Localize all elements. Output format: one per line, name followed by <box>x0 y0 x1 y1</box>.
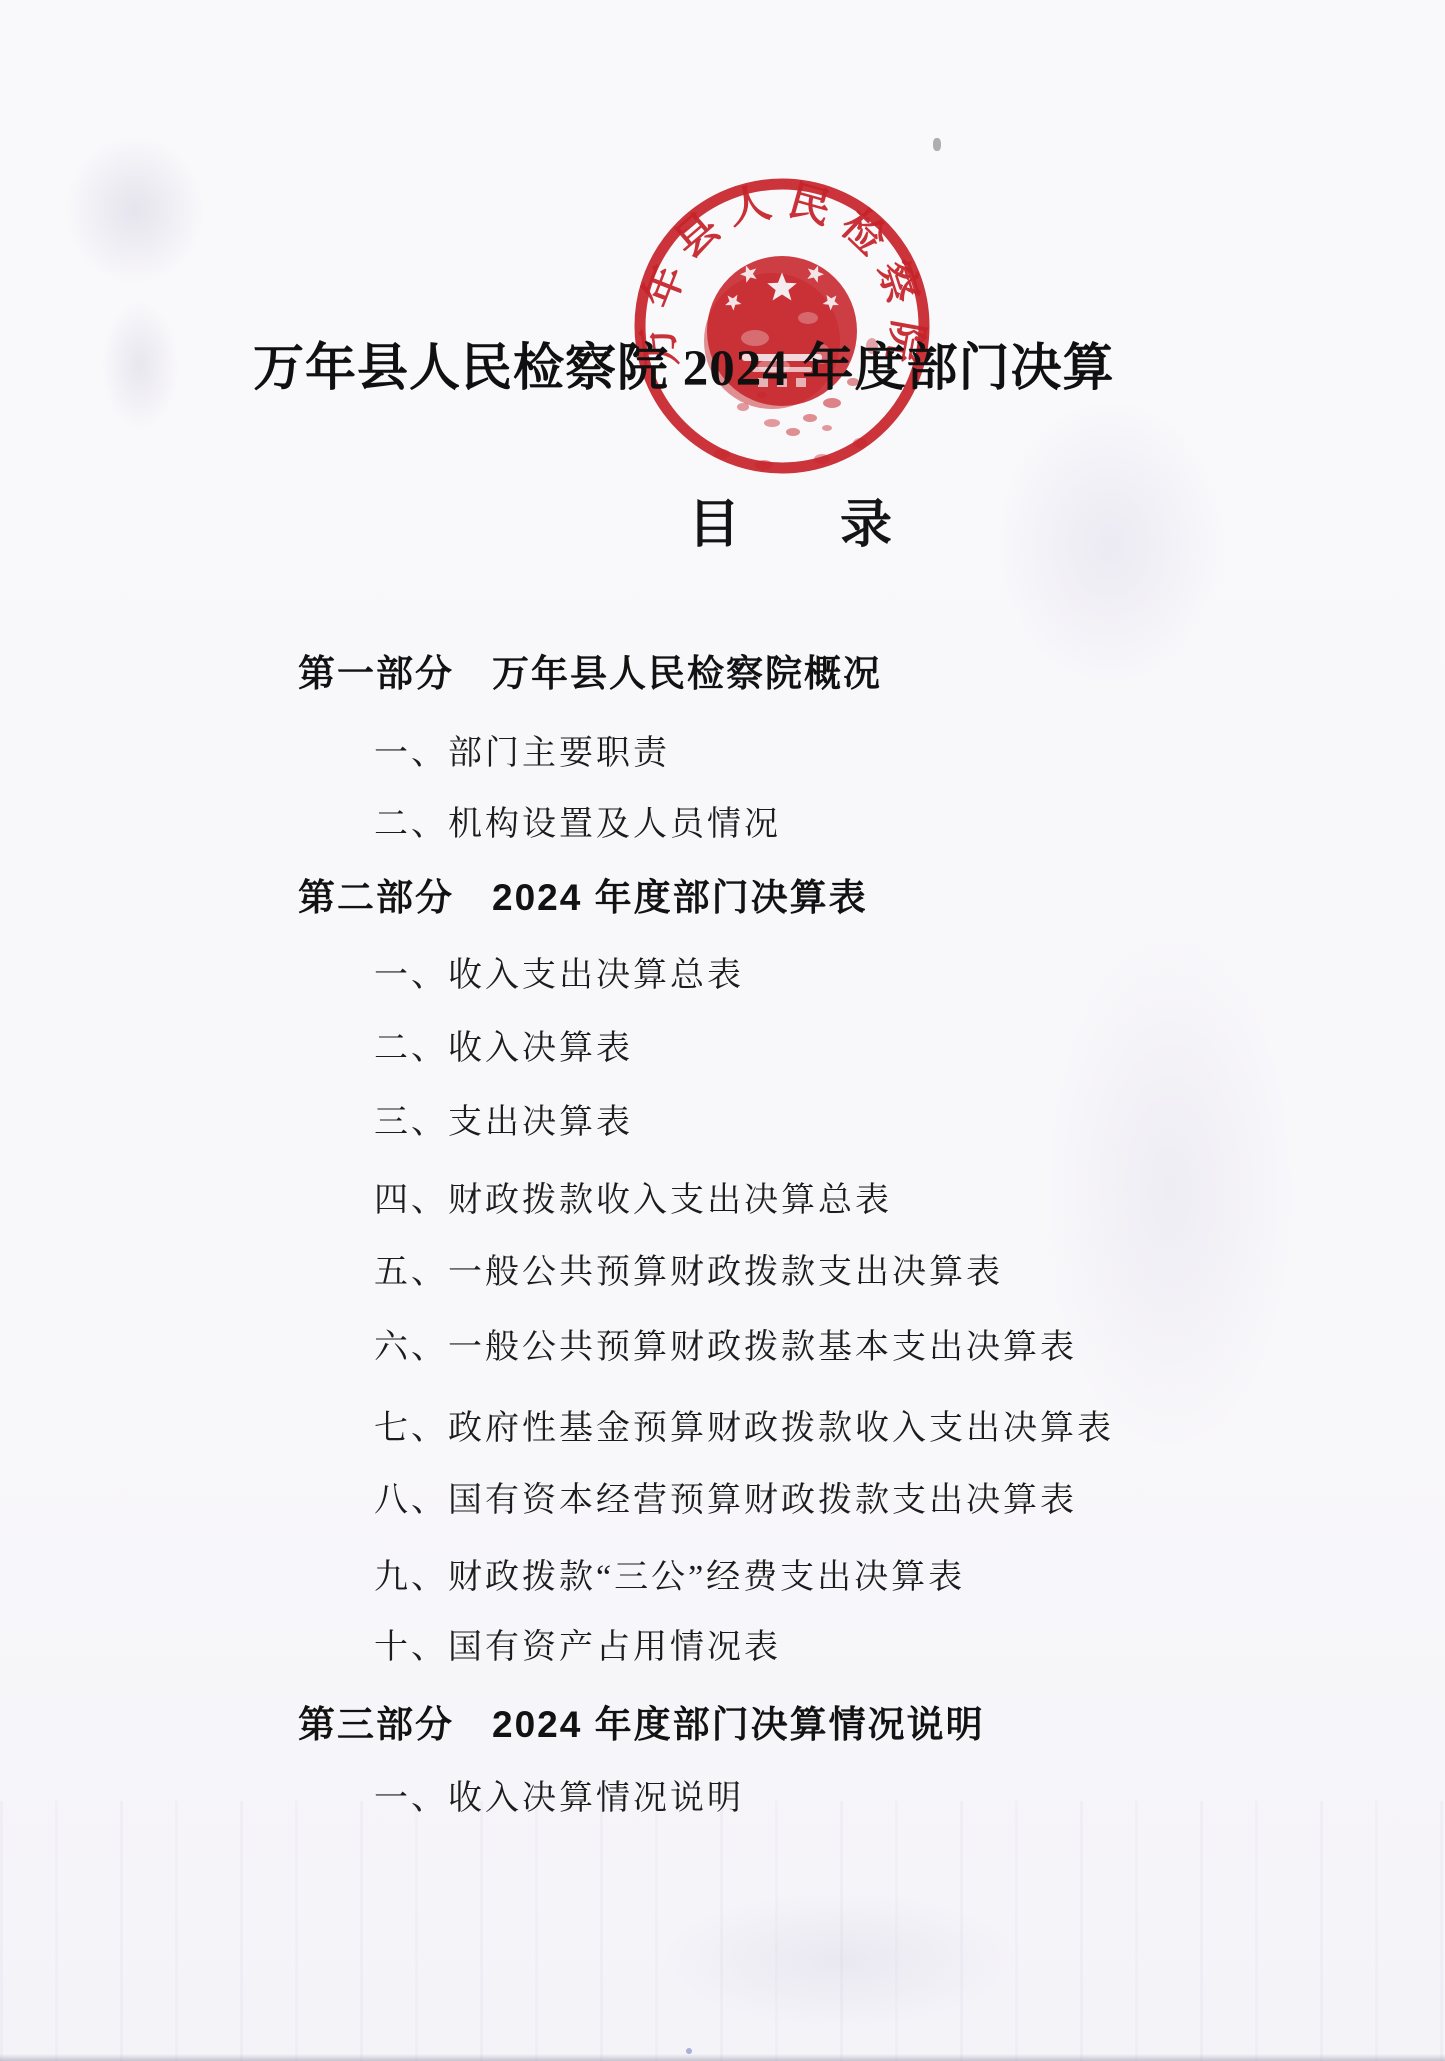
toc-section-label: 第三部分 <box>298 1704 454 1745</box>
toc-section-label: 第一部分 <box>298 653 454 694</box>
document-title: 万年县人民检察院 2024 年度部门决算 <box>253 326 1115 400</box>
toc-section-1-header: 第一部分万年县人民检察院概况 <box>298 643 882 697</box>
toc-entry: 十、国有资产占用情况表 <box>374 1619 781 1668</box>
paper-crease <box>95 290 185 440</box>
toc-entry: 九、财政拨款“三公”经费支出决算表 <box>374 1549 965 1598</box>
toc-entry: 一、收入支出决算总表 <box>374 947 744 996</box>
toc-entry: 四、财政拨款收入支出决算总表 <box>374 1172 892 1221</box>
paper-crease <box>980 380 1240 710</box>
scanned-document-page: { "document": { "title": "万年县人民检察院 2024 … <box>0 0 1445 2061</box>
toc-entry: 三、支出决算表 <box>374 1094 633 1143</box>
toc-entry: 七、政府性基金预算财政拨款收入支出决算表 <box>374 1400 1114 1449</box>
toc-heading: 目 录 <box>688 482 892 557</box>
toc-entry: 二、收入决算表 <box>374 1020 633 1069</box>
paper-crease <box>630 1880 1050 2040</box>
toc-heading-char: 目 <box>688 482 740 557</box>
toc-section-2-header: 第二部分2024 年度部门决算表 <box>298 867 868 921</box>
toc-section-label: 第二部分 <box>298 877 454 918</box>
toc-entry: 一、部门主要职责 <box>374 725 670 774</box>
toc-section-title: 2024 年度部门决算情况说明 <box>492 1704 985 1745</box>
paper-crease <box>60 130 210 290</box>
toc-entry: 一、收入决算情况说明 <box>374 1770 744 1819</box>
toc-section-3-header: 第三部分2024 年度部门决算情况说明 <box>298 1694 985 1748</box>
toc-heading-char: 录 <box>840 482 892 557</box>
toc-entry: 八、国有资本经营预算财政拨款支出决算表 <box>374 1472 1077 1521</box>
scan-bottom-edge <box>0 2054 1445 2061</box>
paper-texture-streaks <box>0 1801 1445 2061</box>
toc-entry: 五、一般公共预算财政拨款支出决算表 <box>374 1244 1003 1293</box>
toc-entry: 六、一般公共预算财政拨款基本支出决算表 <box>374 1319 1077 1368</box>
toc-section-title: 万年县人民检察院概况 <box>492 653 882 694</box>
toc-entry: 二、机构设置及人员情况 <box>374 796 781 845</box>
toc-section-title: 2024 年度部门决算表 <box>492 877 868 918</box>
scan-speck <box>933 138 941 151</box>
